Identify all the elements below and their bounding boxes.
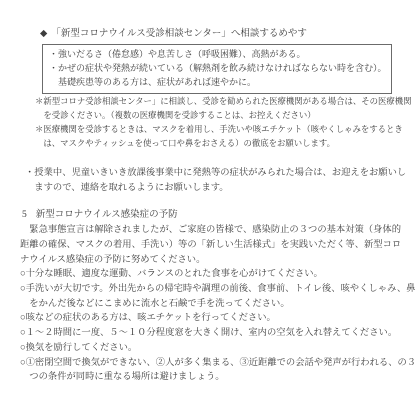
section-heading: 5新型コロナウイルス感染症の予防 (22, 208, 420, 223)
criteria-box: ・強いだるさ（倦怠感）や息苦しさ（呼吸困難）、高熱がある。 ・かぜの症状や発熱が… (42, 44, 392, 94)
intro-paragraph: 緊急事態宣言は解除されましたが、ご家庭の皆様で、感染防止の３つの基本対策（身体的… (20, 223, 406, 267)
prevention-item: ○換気を励行してください。 (20, 341, 417, 356)
consult-note: ＊医療機関を受診するときは、マスクを着用し、手洗いや咳エチケット（咳やくしゃみを… (35, 123, 415, 150)
consult-heading: ◆「新型コロナウイルス受診相談センター」へ相談するめやす (40, 27, 420, 42)
consult-note: ＊新型コロナ受診相談センター」に相談し、受診を勧められた医療機関がある場合は、そ… (35, 95, 415, 122)
prevention-item: ○手洗いが大切です。外出先からの帰宅時や調理の前後、食事前、トイレ後、咳やくしゃ… (20, 282, 417, 311)
consult-heading-text: 「新型コロナウイルス受診相談センター」へ相談するめやす (51, 29, 307, 39)
consult-section: ◆「新型コロナウイルス受診相談センター」へ相談するめやす ・強いだるさ（倦怠感）… (0, 27, 420, 195)
section-title: 新型コロナウイルス感染症の予防 (36, 210, 178, 220)
prevention-item: ○十分な睡眠、適度な運動、バランスのとれた食事を心がけてください。 (20, 267, 417, 282)
prevention-item: ○１～２時間に一度、５～１０分程度窓を大きく開け、室内の空気を入れ替えてください… (20, 326, 417, 341)
criteria-line: ・かぜの症状や発熱が続いている（解熱剤を飲み続けなければならない時を含む）。 (49, 62, 387, 76)
diamond-bullet-icon: ◆ (40, 29, 47, 39)
prevention-item: ○咳などの症状のある方は、咳エチケットを行ってください。 (20, 311, 417, 326)
section-number: 5 (22, 208, 27, 223)
document-page: ◆「新型コロナウイルス受診相談センター」へ相談するめやす ・強いだるさ（倦怠感）… (0, 0, 420, 413)
prevention-item: ○①密閉空間で換気ができない、②人が多く集まる、③近距離での会話や発声が行われる… (20, 356, 417, 385)
prevention-section: 5新型コロナウイルス感染症の予防 緊急事態宣言は解除されましたが、ご家庭の皆様で… (0, 208, 420, 385)
pickup-note: ・授業中、児童いきいき放課後事業中に発熱等の症状がみられた場合は、お迎えをお願い… (25, 166, 412, 195)
criteria-line: ・強いだるさ（倦怠感）や息苦しさ（呼吸困難）、高熱がある。 (49, 48, 387, 62)
criteria-line: 基礎疾患等のある方は、症状があれば速やかに。 (49, 76, 387, 90)
